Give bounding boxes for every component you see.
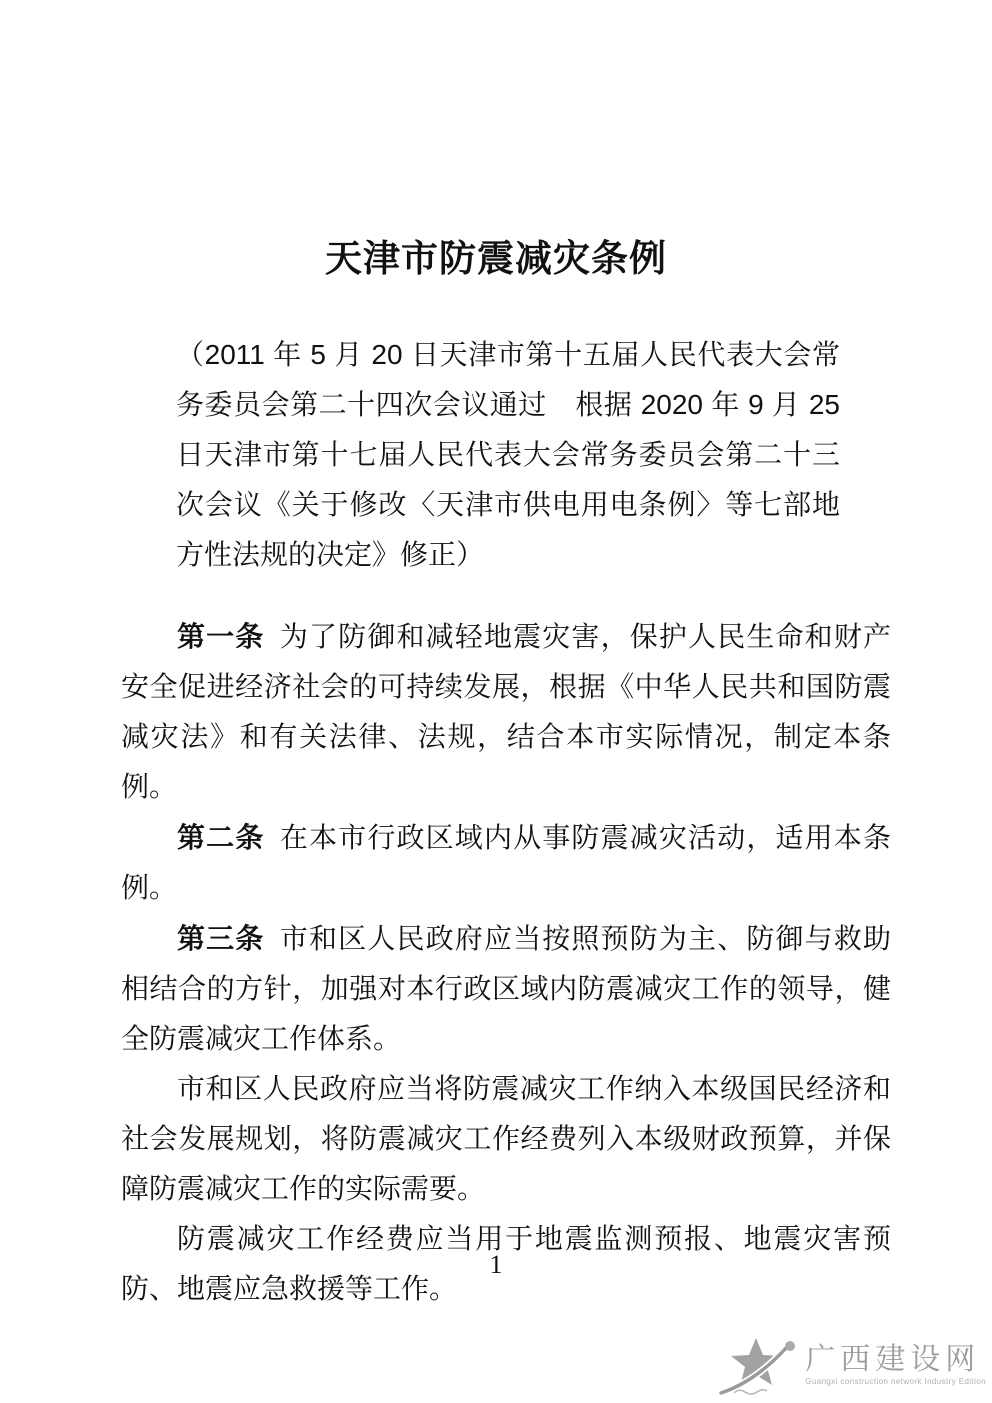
watermark-caption: Guangxi construction network Industry Ed…	[805, 1377, 986, 1387]
article-3-paragraph-2: 市和区人民政府应当将防震减灾工作纳入本级国民经济和社会发展规划，将防震减灾工作经…	[121, 1065, 891, 1215]
article-paragraph-1: 第一条为了防御和减轻地震灾害，保护人民生命和财产安全促进经济社会的可持续发展，根…	[121, 612, 891, 813]
document-page: 天津市防震减灾条例 （2011 年 5 月 20 日天津市第十五届人民代表大会常…	[0, 0, 992, 1403]
article-3-label: 第三条	[177, 923, 264, 954]
star-logo-icon	[719, 1335, 801, 1401]
page-number: 1	[0, 1248, 992, 1282]
watermark-text-block: 广西建设网 Guangxi construction network Indus…	[805, 1344, 986, 1393]
document-title: 天津市防震减灾条例	[0, 232, 992, 286]
article-3-p2-text: 市和区人民政府应当将防震减灾工作纳入本级国民经济和社会发展规划，将防震减灾工作经…	[121, 1074, 891, 1205]
article-1-label: 第一条	[177, 621, 264, 652]
article-paragraph-2: 第二条在本市行政区域内从事防震减灾活动，适用本条例。	[121, 813, 891, 914]
watermark: 广西建设网 Guangxi construction network Indus…	[719, 1335, 986, 1401]
article-paragraph-3: 第三条市和区人民政府应当按照预防为主、防御与救助相结合的方针，加强对本行政区域内…	[121, 914, 891, 1065]
article-2-label: 第二条	[177, 822, 264, 853]
logo-signature-squiggle	[734, 1390, 767, 1394]
preamble-note: （2011 年 5 月 20 日天津市第十五届人民代表大会常务委员会第二十四次会…	[176, 330, 840, 580]
watermark-site-name: 广西建设网	[805, 1344, 986, 1376]
document-body: 第一条为了防御和减轻地震灾害，保护人民生命和财产安全促进经济社会的可持续发展，根…	[121, 612, 891, 1315]
